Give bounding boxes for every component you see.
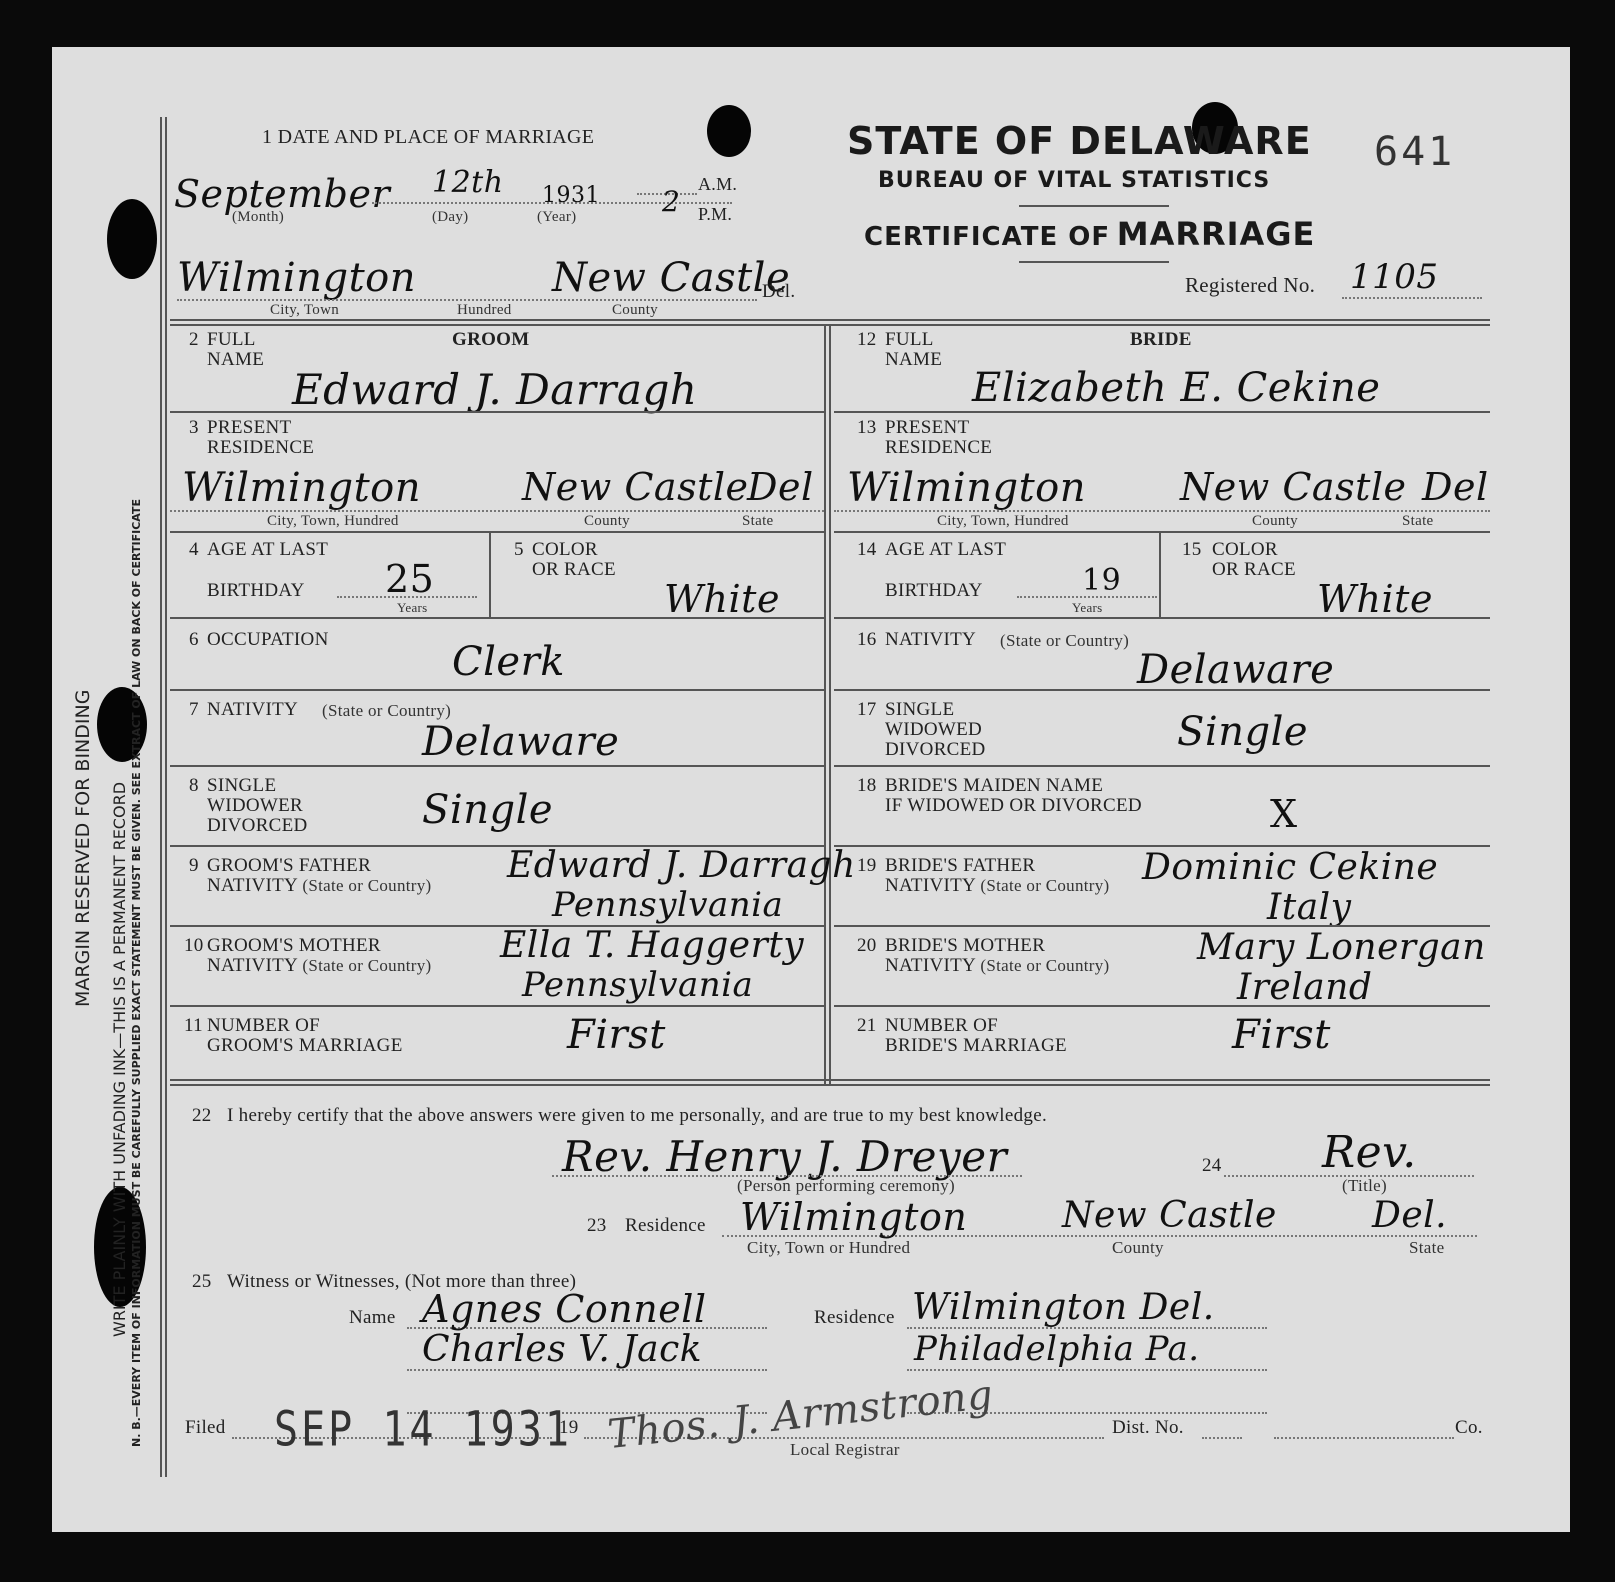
f21-label: BRIDE'S MARRIAGE: [885, 1035, 1067, 1056]
row-rule: [170, 765, 824, 767]
bride-nativity: Delaware: [1137, 647, 1334, 693]
officiant-res-city: Wilmington: [740, 1195, 967, 1239]
f9-label: NATIVITY (State or Country): [207, 875, 432, 896]
bride-maiden-name: X: [1270, 792, 1298, 836]
hundred-label: Hundred: [457, 300, 512, 321]
witness-2-name: Charles V. Jack: [422, 1329, 702, 1370]
groom-nativity: Delaware: [422, 719, 619, 765]
f25-num: 25: [192, 1271, 212, 1292]
f2-label: FULL: [207, 329, 256, 350]
witness-2-residence: Philadelphia Pa.: [914, 1329, 1200, 1369]
groom-race: White: [664, 577, 780, 621]
f12-label: NAME: [885, 349, 942, 370]
f16-num: 16: [857, 629, 877, 650]
state-label: State: [1402, 511, 1434, 532]
f16-sub: (State or Country): [1000, 630, 1129, 651]
f13-label: PRESENT: [885, 417, 969, 438]
left-border: [160, 117, 162, 1477]
groom-father-nativity: Pennsylvania: [552, 885, 783, 925]
f8-num: 8: [189, 775, 199, 796]
witness-1-name: Agnes Connell: [422, 1287, 707, 1331]
margin-binding-text: MARGIN RESERVED FOR BINDING: [72, 690, 94, 1007]
f14-num: 14: [857, 539, 877, 560]
registrar-label: Local Registrar: [790, 1439, 900, 1460]
f15-label: COLOR: [1212, 539, 1278, 560]
left-border: [165, 117, 167, 1477]
day-label: (Day): [432, 207, 468, 228]
bride-res-city: Wilmington: [847, 465, 1086, 511]
title-label: (Title): [1342, 1175, 1387, 1196]
row-rule: [834, 689, 1490, 691]
row-rule: [170, 411, 824, 413]
punch-hole: [107, 199, 157, 279]
bride-full-name: Elizabeth E. Cekine: [972, 365, 1380, 411]
f11-label: GROOM'S MARRIAGE: [207, 1035, 403, 1056]
years-label: Years: [397, 597, 428, 618]
officiant-res-state: Del.: [1372, 1195, 1447, 1236]
cell-divider: [1159, 531, 1161, 617]
f12-label: FULL: [885, 329, 934, 350]
section-rule: [170, 1079, 1490, 1081]
city-label: City, Town: [270, 300, 339, 321]
f9-label: GROOM'S FATHER: [207, 855, 371, 876]
f3-num: 3: [189, 417, 199, 438]
f17-label: SINGLE: [885, 699, 954, 720]
registered-label: Registered No.: [1185, 275, 1315, 296]
f20-num: 20: [857, 935, 877, 956]
certificate-main: MARRIAGE: [1117, 215, 1316, 253]
city-label: City, Town, Hundred: [937, 511, 1069, 532]
f14-label: BIRTHDAY: [885, 580, 983, 601]
punch-hole: [707, 105, 751, 157]
state-label: State: [742, 511, 774, 532]
f5-label: COLOR: [532, 539, 598, 560]
f10-label: NATIVITY (State or Country): [207, 955, 432, 976]
f10-num: 10: [184, 935, 204, 956]
f20-label-nativity: NATIVITY: [885, 955, 975, 976]
dots: [834, 510, 1490, 512]
registered-dots: [1342, 297, 1482, 299]
state-title: STATE OF DELAWARE: [847, 119, 1312, 163]
cell-divider: [489, 531, 491, 617]
f19-num: 19: [857, 855, 877, 876]
f18-label: BRIDE'S MAIDEN NAME: [885, 775, 1103, 796]
groom-father-name: Edward J. Darragh: [507, 845, 856, 886]
officiant-label: (Person performing ceremony): [737, 1175, 955, 1196]
marriage-year: 1931: [542, 183, 600, 208]
groom-marital-status: Single: [422, 787, 553, 833]
f10-label: GROOM'S MOTHER: [207, 935, 381, 956]
bride-marriage-number: First: [1232, 1012, 1331, 1058]
year-label: (Year): [537, 207, 576, 228]
dots: [1202, 1437, 1242, 1439]
state-label: State: [1409, 1237, 1445, 1258]
filed-date-stamp: SEP 14 1931: [274, 1402, 572, 1457]
county-label: County: [1252, 511, 1298, 532]
f15-label: OR RACE: [1212, 559, 1296, 580]
county-label: County: [612, 300, 658, 321]
row-rule: [834, 1005, 1490, 1007]
bureau-title: BUREAU OF VITAL STATISTICS: [878, 168, 1270, 193]
f9-label-nativity: NATIVITY: [207, 875, 297, 896]
del-suffix: Del.: [762, 281, 795, 302]
dots: [1274, 1437, 1454, 1439]
row-rule: [170, 689, 824, 691]
f8-label: SINGLE: [207, 775, 276, 796]
f21-label: NUMBER OF: [885, 1015, 998, 1036]
am-label: A.M.: [698, 174, 737, 195]
f21-num: 21: [857, 1015, 877, 1036]
f13-num: 13: [857, 417, 877, 438]
row-rule: [834, 765, 1490, 767]
f17-label: WIDOWED: [885, 719, 982, 740]
officiant-signature: Rev. Henry J. Dreyer: [562, 1132, 1007, 1181]
f10-label-nativity: NATIVITY: [207, 955, 297, 976]
row-rule: [170, 531, 824, 533]
bride-mother-nativity: Ireland: [1237, 967, 1372, 1008]
row-rule: [834, 617, 1490, 619]
pm-label: P.M.: [698, 204, 732, 225]
f9-sub: (State or Country): [302, 876, 431, 895]
center-divider: [824, 325, 826, 1085]
item1-label: 1 DATE AND PLACE OF MARRIAGE: [262, 127, 594, 148]
f20-sub: (State or Country): [980, 956, 1109, 975]
f4-num: 4: [189, 539, 199, 560]
bride-res-state: Del: [1422, 465, 1489, 509]
f4-label: AGE AT LAST: [207, 539, 328, 560]
section-rule: [170, 1084, 1490, 1086]
witness-1-residence: Wilmington Del.: [912, 1287, 1215, 1328]
marriage-day: 12th: [432, 165, 504, 200]
f13-label: RESIDENCE: [885, 437, 992, 458]
f17-num: 17: [857, 699, 877, 720]
bride-mother-name: Mary Lonergan: [1197, 927, 1486, 968]
city-label: City, Town or Hundred: [747, 1237, 910, 1258]
groom-age: 25: [385, 557, 434, 601]
f5-num: 5: [514, 539, 524, 560]
row-rule: [834, 411, 1490, 413]
marriage-city: Wilmington: [177, 255, 416, 301]
marriage-certificate: MARGIN RESERVED FOR BINDING WRITE PLAINL…: [52, 47, 1570, 1532]
f12-num: 12: [857, 329, 877, 350]
f6-label: OCCUPATION: [207, 629, 329, 650]
residence-label: Residence: [625, 1215, 706, 1236]
f4-label: BIRTHDAY: [207, 580, 305, 601]
f9-num: 9: [189, 855, 199, 876]
groom-mother-name: Ella T. Haggerty: [500, 925, 804, 966]
groom-heading: GROOM: [452, 329, 530, 350]
month-label: (Month): [232, 207, 284, 228]
f5-label: OR RACE: [532, 559, 616, 580]
margin-nb-note: N. B.—EVERY ITEM OF INFORMATION MUST BE …: [130, 499, 143, 1447]
f15-num: 15: [1182, 539, 1202, 560]
witness-name-label: Name: [349, 1307, 396, 1328]
marriage-pm-hour: 2: [662, 185, 680, 218]
f19-label: NATIVITY (State or Country): [885, 875, 1110, 896]
filed-label: Filed: [185, 1417, 226, 1438]
f3-label: RESIDENCE: [207, 437, 314, 458]
f7-label: NATIVITY: [207, 699, 298, 720]
f20-label: BRIDE'S MOTHER: [885, 935, 1045, 956]
f19-sub: (State or Country): [980, 876, 1109, 895]
f7-num: 7: [189, 699, 199, 720]
marriage-county: New Castle: [552, 255, 790, 301]
groom-full-name: Edward J. Darragh: [292, 365, 697, 414]
groom-marriage-number: First: [567, 1012, 666, 1058]
groom-res-county: New Castle: [522, 465, 749, 509]
groom-mother-nativity: Pennsylvania: [522, 965, 753, 1005]
f24-num: 24: [1202, 1155, 1222, 1176]
section-rule: [170, 319, 1490, 321]
county-suffix: Co.: [1455, 1417, 1483, 1438]
groom-res-city: Wilmington: [182, 465, 421, 511]
f11-num: 11: [184, 1015, 203, 1036]
f18-label: IF WIDOWED OR DIVORCED: [885, 795, 1142, 816]
years-label: Years: [1072, 597, 1103, 618]
bride-father-name: Dominic Cekine: [1142, 847, 1438, 888]
row-rule: [170, 1005, 824, 1007]
f10-sub: (State or Country): [302, 956, 431, 975]
county-label: County: [1112, 1237, 1164, 1258]
officiant-title: Rev.: [1322, 1127, 1417, 1178]
bride-res-county: New Castle: [1180, 465, 1407, 509]
f18-num: 18: [857, 775, 877, 796]
bride-age: 19: [1082, 563, 1121, 598]
f22-num: 22: [192, 1105, 212, 1126]
f23-num: 23: [587, 1215, 607, 1236]
f11-label: NUMBER OF: [207, 1015, 320, 1036]
certificate-title: Certificate of MARRIAGE: [864, 215, 1315, 253]
witness-residence-label: Residence: [814, 1307, 895, 1328]
serial-stamp: 641: [1374, 129, 1455, 175]
year-prefix: 19: [559, 1417, 579, 1438]
bride-race: White: [1317, 577, 1433, 621]
dist-label: Dist. No.: [1112, 1417, 1184, 1438]
dots: [907, 1369, 1267, 1371]
certification-statement: I hereby certify that the above answers …: [227, 1105, 1047, 1126]
f2-label: NAME: [207, 349, 264, 370]
f17-label: DIVORCED: [885, 739, 986, 760]
bride-heading: BRIDE: [1130, 329, 1192, 350]
f6-num: 6: [189, 629, 199, 650]
f14-label: AGE AT LAST: [885, 539, 1006, 560]
groom-occupation: Clerk: [452, 639, 565, 685]
f2-num: 2: [189, 329, 199, 350]
header-rule: [1019, 261, 1169, 263]
f3-label: PRESENT: [207, 417, 291, 438]
margin-ink-note: WRITE PLAINLY WITH UNFADING INK—THIS IS …: [110, 782, 129, 1337]
f20-label: NATIVITY (State or Country): [885, 955, 1110, 976]
f19-label: BRIDE'S FATHER: [885, 855, 1035, 876]
bride-marital-status: Single: [1177, 709, 1308, 755]
groom-res-state: Del: [747, 465, 814, 509]
f8-label: DIVORCED: [207, 815, 308, 836]
f8-label: WIDOWER: [207, 795, 303, 816]
bride-father-nativity: Italy: [1267, 887, 1352, 928]
header-rule: [1019, 205, 1169, 207]
center-divider: [829, 325, 831, 1085]
registered-number: 1105: [1350, 257, 1439, 297]
f19-label-nativity: NATIVITY: [885, 875, 975, 896]
officiant-res-county: New Castle: [1062, 1195, 1277, 1236]
city-label: City, Town, Hundred: [267, 511, 399, 532]
certificate-prefix: Certificate of: [864, 222, 1110, 252]
county-label: County: [584, 511, 630, 532]
f16-label: NATIVITY: [885, 629, 976, 650]
row-rule: [170, 617, 824, 619]
f7-sub: (State or Country): [322, 700, 451, 721]
row-rule: [834, 531, 1490, 533]
